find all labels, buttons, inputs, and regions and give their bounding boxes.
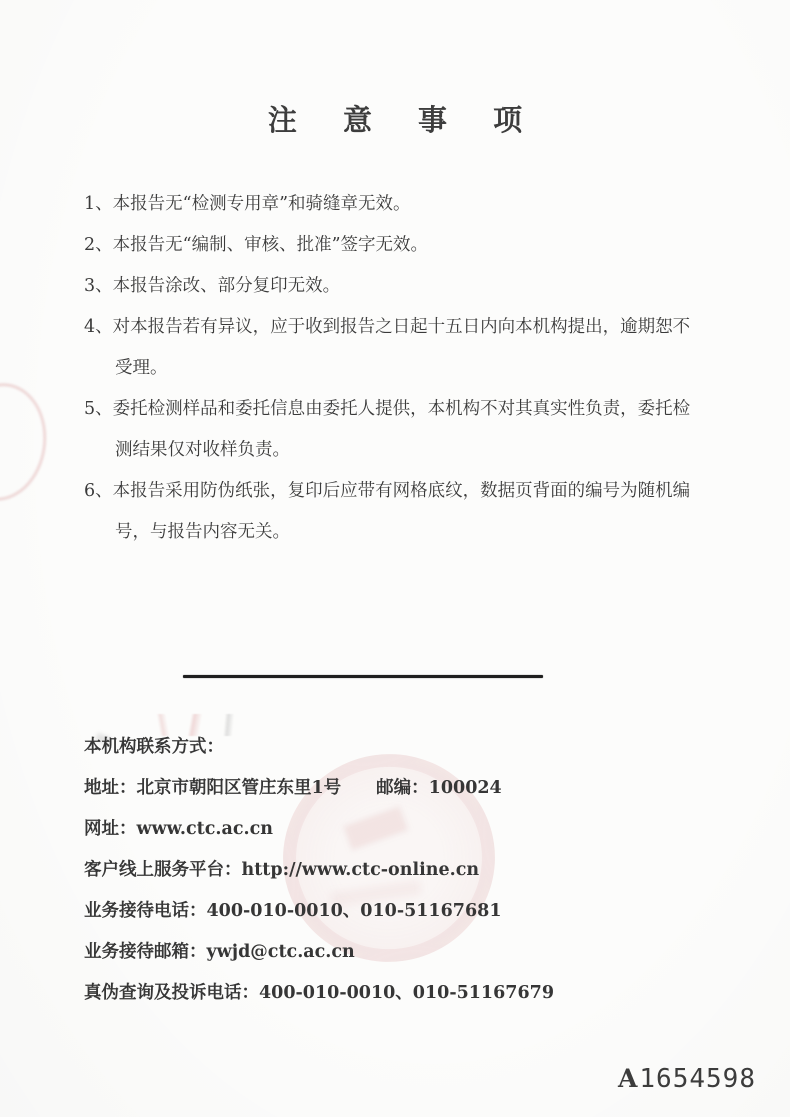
contact-line-service-email: 业务接待邮箱：ywjd@ctc.ac.cn (84, 932, 704, 973)
notes-list: 1、本报告无“检测专用章”和骑缝章无效。 2、本报告无“编制、审核、批准”签字无… (84, 184, 706, 553)
contact-heading: 本机构联系方式： (84, 727, 704, 768)
note-text-5: 委托检测样品和委托信息由委托人提供，本机构不对其真实性负责，委托检测结果仅对收样… (113, 399, 691, 460)
report-notice-page: 注 意 事 项 1、本报告无“检测专用章”和骑缝章无效。 2、本报告无“编制、审… (0, 0, 790, 1117)
signature-divider-line (183, 675, 543, 678)
note-item-6: 6、本报告采用防伪纸张，复印后应带有网格底纹，数据页背面的编号为随机编号，与报告… (84, 471, 706, 553)
note-number-3: 3、 (84, 276, 113, 296)
contact-line-service-phone: 业务接待电话：400-010-0010、010-51167681 (84, 891, 704, 932)
note-number-4: 4、 (84, 317, 113, 337)
serial-number: A1654598 (618, 1064, 756, 1094)
contact-line-address: 地址：北京市朝阳区管庄东里1号 邮编：100024 (84, 768, 704, 809)
page-title: 注 意 事 项 (0, 98, 790, 139)
contact-line-verify-phone: 真伪查询及投诉电话：400-010-0010、010-51167679 (84, 973, 704, 1014)
note-number-5: 5、 (84, 399, 113, 419)
note-text-6: 本报告采用防伪纸张，复印后应带有网格底纹，数据页背面的编号为随机编号，与报告内容… (113, 481, 691, 542)
contact-line-online-platform: 客户线上服务平台：http://www.ctc-online.cn (84, 850, 704, 891)
note-item-5: 5、委托检测样品和委托信息由委托人提供，本机构不对其真实性负责，委托检测结果仅对… (84, 389, 706, 471)
note-text-2: 本报告无“编制、审核、批准”签字无效。 (113, 235, 428, 255)
stamp-bleed-edge-arc (0, 377, 54, 507)
contact-line-website: 网址：www.ctc.ac.cn (84, 809, 704, 850)
note-text-3: 本报告涂改、部分复印无效。 (113, 276, 341, 296)
note-text-1: 本报告无“检测专用章”和骑缝章无效。 (113, 194, 411, 214)
note-item-3: 3、本报告涂改、部分复印无效。 (84, 266, 706, 307)
serial-prefix: A (618, 1064, 639, 1093)
note-item-1: 1、本报告无“检测专用章”和骑缝章无效。 (84, 184, 706, 225)
note-number-2: 2、 (84, 235, 113, 255)
note-number-6: 6、 (84, 481, 113, 501)
serial-digits: 1654598 (639, 1064, 756, 1094)
note-item-4: 4、对本报告若有异议，应于收到报告之日起十五日内向本机构提出，逾期恕不受理。 (84, 307, 706, 389)
note-item-2: 2、本报告无“编制、审核、批准”签字无效。 (84, 225, 706, 266)
contact-block: 本机构联系方式： 地址：北京市朝阳区管庄东里1号 邮编：100024 网址：ww… (84, 727, 704, 1014)
note-number-1: 1、 (84, 194, 113, 214)
note-text-4: 对本报告若有异议，应于收到报告之日起十五日内向本机构提出，逾期恕不受理。 (113, 317, 691, 378)
